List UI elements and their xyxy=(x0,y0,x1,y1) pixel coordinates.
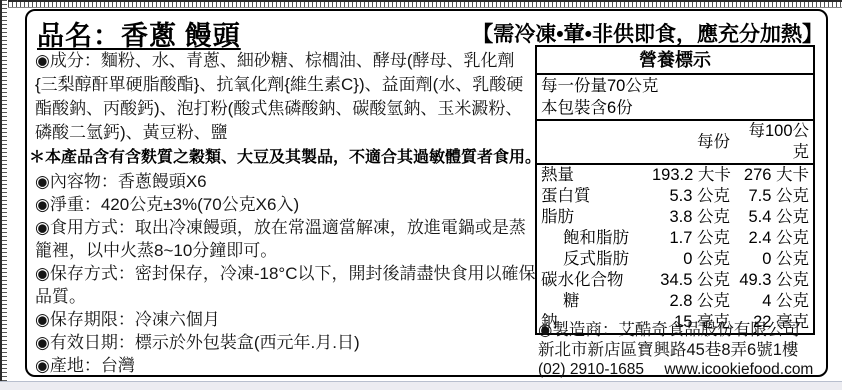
storage-notice: 【需冷凍•葷•非供即食，應充分加熱】 xyxy=(472,18,823,48)
nutrition-table-title: 營養標示 xyxy=(536,46,814,74)
expiry-date-item: ◉有效日期：標示於外包裝盒(西元年.月.日) xyxy=(35,331,537,354)
usage-instructions-item: ◉食用方式：取出冷凍饅頭，放在常溫適當解凍，放進電鍋或是蒸籠裡，以中火蒸8~10… xyxy=(35,216,537,262)
shelf-life-item: ◉保存期限：冷凍六個月 xyxy=(35,308,537,331)
nutrition-row-fat: 脂肪 3.8 公克 5.4 公克 xyxy=(536,207,814,228)
allergen-warning: ＊本產品含有含麩質之穀類、大豆及其製品，不適合其過敏體質者食用。 xyxy=(29,147,537,169)
origin-item: ◉產地：台灣 xyxy=(35,354,537,377)
nutrition-row-carbohydrate: 碳水化合物 34.5 公克 49.3 公克 xyxy=(536,270,814,291)
serving-size-row: 每一份量70公克 xyxy=(536,74,814,97)
servings-per-package-row: 本包裝含6份 xyxy=(536,97,814,120)
product-info-column: ◉成分：麵粉、水、青蔥、細砂糖、棕櫚油、酵母(酵母、乳化劑{三梨醇酐單硬脂酸酯}… xyxy=(35,49,537,377)
storage-method-item: ◉保存方式：密封保存，冷凍-18°C以下，開封後請盡快食用以確保品質。 xyxy=(35,262,537,308)
vertical-ruler xyxy=(0,0,8,382)
nutrition-row-trans-fat: 反式脂肪 0 公克 0 公克 xyxy=(536,249,814,270)
contents-item: ◉內容物：香蔥饅頭X6 xyxy=(35,170,537,193)
product-name-title: 品名：香蔥 饅頭 xyxy=(37,14,241,53)
manufacturer-contact: (02) 2910-1685 www.icookiefood.com xyxy=(538,360,824,380)
manufacturer-address: 新北市新店區寶興路45巷8弄6號1樓 xyxy=(538,340,824,360)
manufacturer-name: ◉製造商：艾酷奇食品股份有限公司 xyxy=(538,320,824,340)
nutrition-row-calories: 熱量 193.2 大卡 276 大卡 xyxy=(536,164,814,186)
per-100g-header: 每100公克 xyxy=(734,120,814,164)
nutrition-column-headers: 每份 每100公克 xyxy=(536,120,814,164)
per-serving-header: 每份 xyxy=(648,120,734,164)
nutrition-row-sugar: 糖 2.8 公克 4 公克 xyxy=(536,291,814,312)
product-label: 品名：香蔥 饅頭 【需冷凍•葷•非供即食，應充分加熱】 ◉成分：麵粉、水、青蔥、… xyxy=(25,9,828,377)
net-weight-item: ◉淨重：420公克±3%(70公克X6入) xyxy=(35,193,537,216)
manufacturer-website: www.icookiefood.com xyxy=(664,361,813,378)
manufacturer-phone: (02) 2910-1685 xyxy=(538,361,644,378)
window-bottom-bar xyxy=(0,381,842,390)
nutrition-row-protein: 蛋白質 5.3 公克 7.5 公克 xyxy=(536,186,814,207)
nutrition-facts-table: 營養標示 每一份量70公克 本包裝含6份 每份 每100公克 熱量 193.2 … xyxy=(535,45,815,335)
horizontal-ruler xyxy=(0,0,842,8)
nutrition-row-saturated-fat: 飽和脂肪 1.7 公克 2.4 公克 xyxy=(536,228,814,249)
ingredients-text: ◉成分：麵粉、水、青蔥、細砂糖、棕櫚油、酵母(酵母、乳化劑{三梨醇酐單硬脂酸酯}… xyxy=(35,49,537,145)
manufacturer-block: ◉製造商：艾酷奇食品股份有限公司 新北市新店區寶興路45巷8弄6號1樓 (02)… xyxy=(538,320,824,380)
screen: 品名：香蔥 饅頭 【需冷凍•葷•非供即食，應充分加熱】 ◉成分：麵粉、水、青蔥、… xyxy=(0,0,842,390)
